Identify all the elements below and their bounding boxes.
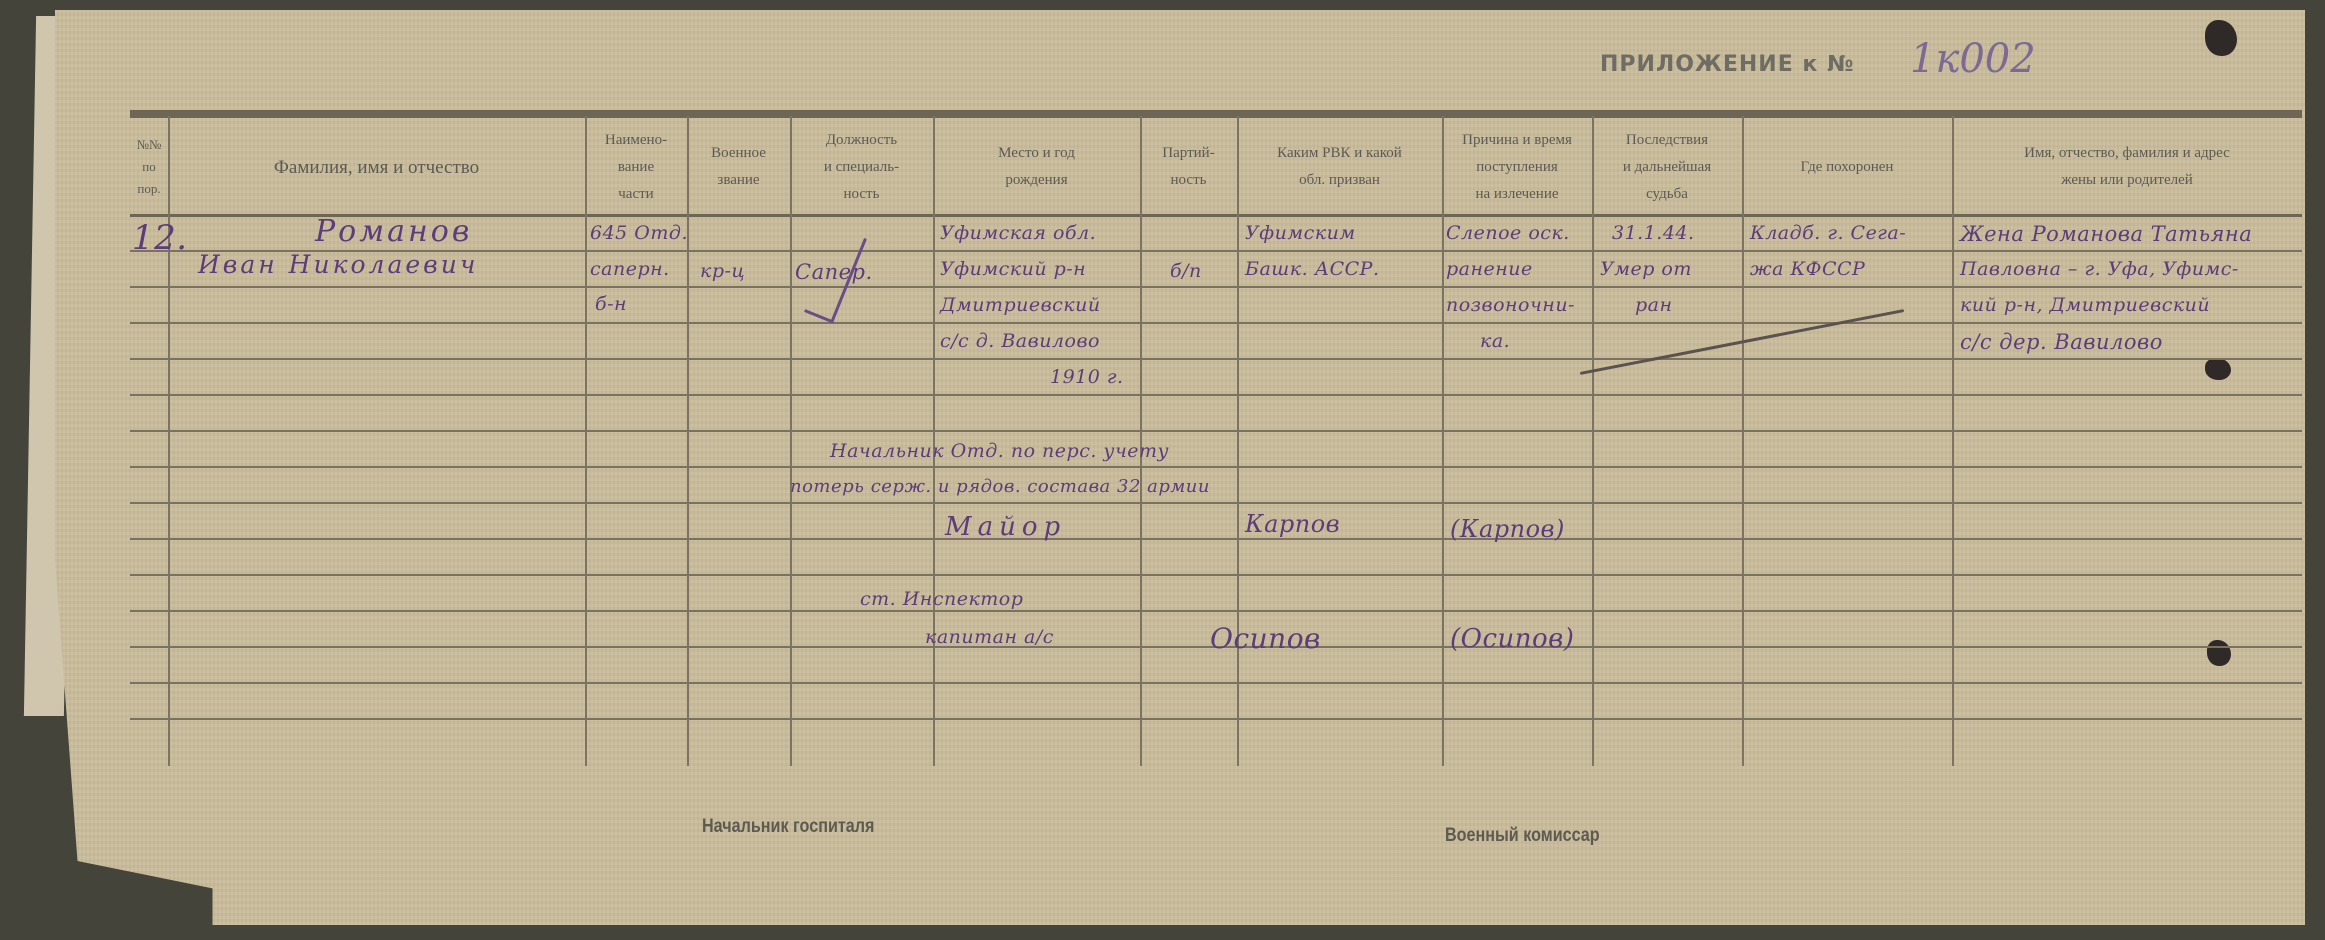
- signature-1: Карпов: [1245, 510, 1340, 538]
- fate-line-2: Умер от: [1600, 258, 1692, 280]
- signature-rank-1: Майор: [945, 512, 1066, 542]
- cause-line-3: позвоночни-: [1446, 294, 1575, 316]
- header-num: №№ по пор.: [130, 122, 168, 212]
- ruled-line: [130, 466, 2302, 468]
- surname: Романов: [315, 214, 472, 249]
- rvk-line-1: Уфимским: [1245, 222, 1356, 244]
- ruled-line: [130, 286, 2302, 288]
- signature-title-2: ст. Инспектор: [860, 588, 1023, 610]
- header-party: Партий- ность: [1140, 122, 1237, 212]
- signature-name-1: (Карпов): [1450, 515, 1565, 543]
- col-divider: [585, 116, 587, 766]
- signature-title-line-1: Начальник Отд. по перс. учету: [830, 440, 1169, 462]
- name-patronymic: Иван Николаевич: [198, 250, 478, 279]
- col-divider: [1592, 116, 1594, 766]
- header-relatives: Имя, отчество, фамилия и адрес жены или …: [1952, 122, 2302, 212]
- col-divider: [1952, 116, 1954, 766]
- ruled-line: [130, 538, 2302, 540]
- fate-line-3: ран: [1635, 294, 1673, 316]
- fate-date: 31.1.44.: [1612, 222, 1695, 244]
- ruled-line: [130, 502, 2302, 504]
- col-divider: [168, 116, 170, 766]
- relatives-line-4: с/с дер. Вавилово: [1960, 330, 2163, 354]
- col-divider: [1742, 116, 1744, 766]
- unit-line-3: б-н: [595, 293, 627, 315]
- header-cause: Причина и время поступления на излечение: [1442, 122, 1592, 212]
- rvk-line-2: Башк. АССР.: [1245, 258, 1380, 280]
- header-buried: Где похоронен: [1742, 122, 1952, 212]
- signature-title-line-2: потерь серж. и рядов. состава 32 армии: [790, 476, 1210, 497]
- col-divider: [1237, 116, 1239, 766]
- relatives-line-2: Павловна – г. Уфа, Уфимс-: [1960, 258, 2239, 280]
- ruled-line: [130, 394, 2302, 396]
- header-birth: Место и год рождения: [933, 122, 1140, 212]
- buried-line-2: жа КФССР: [1750, 258, 1865, 280]
- header-fio: Фамилия, имя и отчество: [168, 122, 585, 212]
- header-position: Должность и специаль- ность: [790, 122, 933, 212]
- col-divider: [790, 116, 792, 766]
- birth-line-3: Дмитриевский: [940, 294, 1101, 316]
- col-divider: [1442, 116, 1444, 766]
- birth-year: 1910 г.: [1050, 366, 1124, 388]
- header-rank: Военное звание: [687, 122, 790, 212]
- birth-line-1: Уфимская обл.: [940, 222, 1096, 244]
- ruled-line: [130, 430, 2302, 432]
- cause-line-1: Слепое оск.: [1446, 222, 1570, 244]
- hospital-head-label: Начальник госпиталя: [702, 816, 874, 838]
- ruled-line: [130, 610, 2302, 612]
- table-top-border: [130, 110, 2302, 118]
- military-commissar-label: Военный комиссар: [1445, 825, 1600, 847]
- ruled-line: [130, 322, 2302, 324]
- rank-value: кр-ц: [700, 260, 745, 282]
- ruled-line: [130, 574, 2302, 576]
- signature-name-2: (Осипов): [1450, 624, 1574, 654]
- relatives-line-3: кий р-н, Дмитриевский: [1960, 294, 2210, 316]
- header-unit: Наимено- вание части: [585, 122, 687, 212]
- ruled-line: [130, 682, 2302, 684]
- party-value: б/п: [1170, 260, 1202, 282]
- row-number: 12.: [132, 218, 188, 258]
- signature-2: Осипов: [1210, 622, 1321, 655]
- col-divider: [687, 116, 689, 766]
- record-form: ПРИЛОЖЕНИЕ к № 1к002 №№ по пор. Фамилия,…: [55, 10, 2305, 925]
- annex-label: ПРИЛОЖЕНИЕ к №: [1600, 52, 1854, 77]
- ruled-line: [130, 718, 2302, 720]
- birth-line-4: с/с д. Вавилово: [940, 330, 1100, 352]
- unit-line-2: саперн.: [590, 258, 670, 280]
- casualty-table: №№ по пор. Фамилия, имя и отчество Наиме…: [130, 110, 2302, 760]
- annex-number: 1к002: [1910, 36, 2036, 82]
- header-fate: Последствия и дальнейшая судьба: [1592, 122, 1742, 212]
- cause-line-4: ка.: [1480, 330, 1510, 352]
- ink-blot-top: [2205, 20, 2237, 56]
- signature-rank-2: капитан а/с: [925, 626, 1054, 648]
- birth-line-2: Уфимский р-н: [940, 258, 1086, 280]
- cause-line-2: ранение: [1446, 258, 1533, 280]
- unit-line-1: 645 Отд.: [590, 222, 688, 244]
- buried-line-1: Кладб. г. Сега-: [1750, 222, 1906, 244]
- relatives-line-1: Жена Романова Татьяна: [1960, 222, 2252, 246]
- ruled-line: [130, 358, 2302, 360]
- header-rvk: Каким РВК и какой обл. призван: [1237, 122, 1442, 212]
